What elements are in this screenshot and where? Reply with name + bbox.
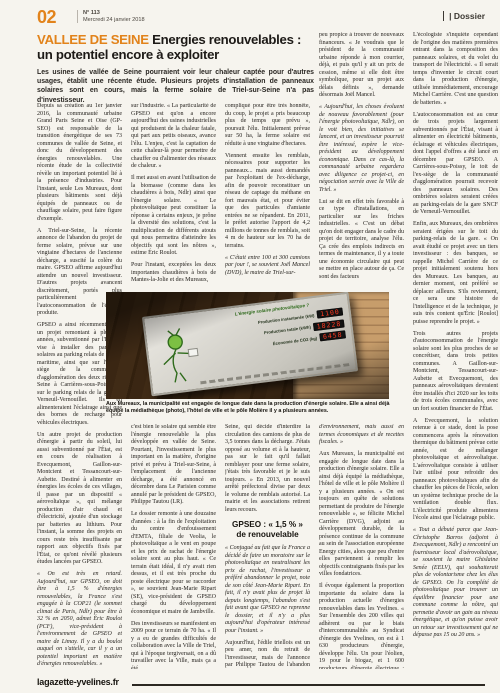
body-paragraph: Aux Mureaux, la municipalité est engagée… (319, 451, 404, 579)
article-subhead: GPSEO : « 1,5 % » de renouvelable (227, 520, 308, 539)
body-paragraph: Enfin, aux Mureaux, des ombrières seraie… (413, 221, 498, 326)
quote-paragraph: d'environnement, mais aussi en termes éc… (319, 424, 404, 447)
body-paragraph: L'écologiste s'inquiète cependant de l'o… (413, 32, 498, 107)
issue-date: Mercredi 24 janvier 2018 (83, 17, 145, 24)
article-column-2-upper: sur l'industrie. « La particularité de G… (131, 103, 216, 291)
body-paragraph: Pour l'instant, exceptées les deux impor… (131, 262, 216, 285)
quote-paragraph: « Tout a débuté parce que Jean-Christoph… (413, 527, 498, 640)
quote-paragraph: « Aujourd'hui, les choses évoluent de no… (319, 104, 404, 194)
article-column-4-lower: d'environnement, mais aussi en termes éc… (319, 424, 404, 669)
headline: VALLEE DE SEINE Energies renouvelables :… (37, 32, 317, 62)
body-paragraph: Des investisseurs se manifestent en 2009… (131, 621, 216, 670)
article-column-3-lower: Seine, qui décide d'interdire la circula… (225, 424, 310, 669)
quote-paragraph: « C'était entre 100 et 300 camions par j… (225, 255, 310, 278)
intro-paragraph: Les usines de vallée de Seine pourraient… (37, 68, 314, 105)
section-label: | Dossier (443, 11, 485, 21)
article-column-2-lower: c'est bien le solaire qui semble être l'… (131, 424, 216, 669)
body-paragraph: peu propice à trouver de nouveaux financ… (319, 32, 404, 100)
photo-shading (106, 292, 389, 399)
body-paragraph: Seine, qui décide d'interdire la circula… (225, 424, 310, 514)
page-number: 02 (37, 7, 56, 28)
body-paragraph: Le dossier remonte à une douzaine d'anné… (131, 511, 216, 616)
quote-paragraph: « Conjugué au fait que la France a décid… (225, 545, 310, 635)
body-paragraph: Il évoque également la proportion import… (319, 583, 404, 669)
body-paragraph: Viennent ensuite les remblais, nécessair… (225, 153, 310, 251)
article-column-3-upper: compliqué pour être très honnête, du cou… (225, 103, 310, 291)
body-paragraph: Aujourd'hui, l'édile triellois est un pe… (225, 640, 310, 670)
article-column-5: L'écologiste s'inquiète cependant de l'o… (413, 32, 498, 666)
article-photo: L'énergie solaire photovoltaïque ? Produ… (106, 292, 389, 399)
body-paragraph: compliqué pour être très honnête, du cou… (225, 103, 310, 148)
quote-paragraph: « On est très en retard. Aujourd'hui, su… (37, 571, 122, 669)
issue-block: N° 113 Mercredi 24 janvier 2018 (77, 10, 145, 23)
body-paragraph: Un autre projet de production d'énergie … (37, 432, 122, 567)
newspaper-page: { "header": { "page_number": "02", "issu… (0, 0, 500, 693)
body-paragraph: c'est bien le solaire qui semble être l'… (131, 424, 216, 507)
body-paragraph: sur l'industrie. « La particularité de G… (131, 103, 216, 171)
body-paragraph: Depuis sa création au 1er janvier 2016, … (37, 103, 122, 223)
body-paragraph: Trois autres projets d'autoconsommation … (413, 331, 498, 414)
body-paragraph: L'autoconsommation est au cœur de trois … (413, 112, 498, 217)
photo-caption: Aux Mureaux, la municipalité est engagée… (106, 401, 390, 415)
site-logo-text: lagazette-yvelines.fr (37, 677, 119, 687)
body-paragraph: Il met aussi en avant l'utilisation de l… (131, 175, 216, 258)
footer-rule (132, 684, 485, 686)
article-column-4-upper: peu propice à trouver de nouveaux financ… (319, 32, 404, 291)
body-paragraph: A Evecquemont, la solution retenue à ce … (413, 418, 498, 523)
headline-kicker: VALLEE DE SEINE (37, 32, 149, 47)
body-paragraph: Lui se dit en effet très favorable à ce … (319, 199, 404, 282)
